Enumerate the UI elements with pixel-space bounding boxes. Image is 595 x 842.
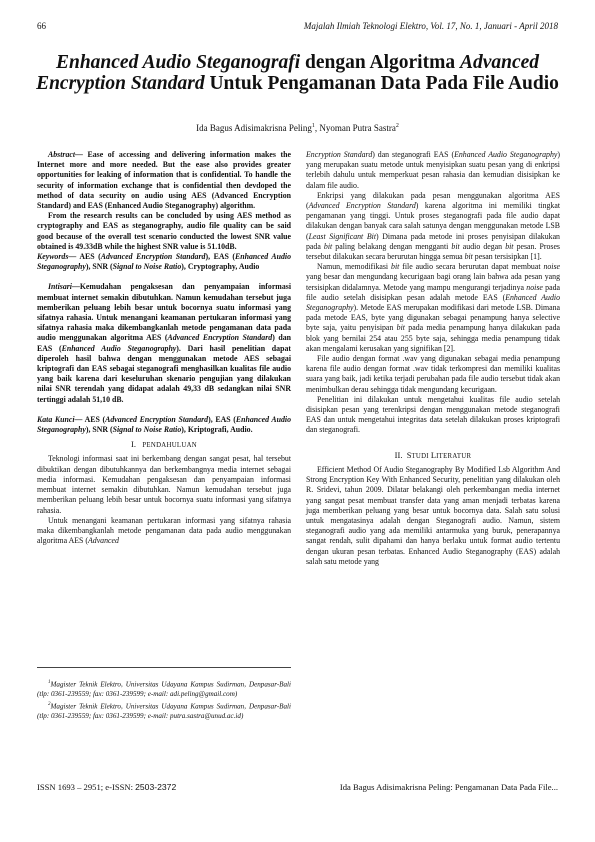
keywords: Keywords— AES (Advanced Encryption Stand…	[37, 252, 291, 272]
intisari-paragraph: Intisari—Kemudahan pengaksesan dan penya…	[37, 282, 291, 404]
text: ), SNR (	[86, 262, 113, 271]
text: paling belakang dengan mengganti	[332, 242, 451, 251]
section-title: STUDI LITERATUR	[407, 450, 472, 460]
text: bit	[451, 242, 459, 251]
page-number: 66	[37, 21, 46, 31]
issn-text: ISSN 1693 – 2951; e-ISSN:	[37, 782, 135, 792]
abstract-paragraph: From the research results can be conclud…	[37, 211, 291, 252]
text: Advanced Encryption Standard	[105, 415, 208, 424]
body-paragraph: File audio dengan format .wav yang digun…	[306, 354, 560, 395]
text: yang besar dan mengundang kecurigaan bag…	[306, 272, 560, 291]
text: bit	[397, 323, 405, 332]
spacer	[37, 405, 291, 415]
journal-header: Majalah Ilmiah Teknologi Elektro, Vol. 1…	[304, 21, 558, 31]
text: Advanced Encryption Standard	[309, 201, 416, 210]
body-paragraph: Enkripsi yang dilakukan pada pesan mengg…	[306, 191, 560, 262]
eissn-number: 2503-2372	[135, 782, 176, 792]
text: bit	[324, 242, 332, 251]
text: audio degan	[460, 242, 505, 251]
right-column: Encryption Standard) dan steganografi EA…	[306, 150, 560, 567]
text: Namun, memodifikasi	[317, 262, 391, 271]
text: ), Cryptography, Audio	[181, 262, 259, 271]
left-column: Abstract— Ease of accessing and deliveri…	[37, 150, 291, 546]
body-paragraph: Encryption Standard) dan steganografi EA…	[306, 150, 560, 191]
text: TUDI	[411, 453, 430, 460]
footnote-divider	[37, 667, 291, 668]
text: ), EAS (	[208, 415, 236, 424]
text: Least Significant Bit	[309, 232, 376, 241]
footnote-text: Magister Teknik Elektro, Universitas Uda…	[37, 680, 291, 698]
section-heading: I. PENDAHULUAN	[37, 439, 291, 451]
abstract-dash: —	[75, 150, 87, 159]
keywords-label: Keywords	[37, 252, 68, 261]
abstract-label: Abstract	[48, 150, 75, 159]
text: Advanced Encryption Standard	[168, 333, 273, 342]
text: ), SNR (	[86, 425, 113, 434]
title-part: dengan Algoritma	[300, 52, 460, 73]
text: Encryption Standard	[306, 150, 372, 159]
text: Signal to Noise Ratio	[113, 262, 182, 271]
spacer	[37, 272, 291, 282]
text: AES (	[79, 252, 100, 261]
section-number: II.	[395, 450, 403, 460]
text: ), EAS (	[205, 252, 235, 261]
text: Signal to Noise Ratio	[113, 425, 182, 434]
author-name: Nyoman Putra Sastra	[319, 123, 396, 133]
body-paragraph: Penelitian ini dilakukan untuk mengetahu…	[306, 395, 560, 436]
text: bit	[465, 252, 473, 261]
footnote-text: Magister Teknik Elektro, Universitas Uda…	[37, 702, 291, 720]
text: ) dan steganografi EAS (	[372, 150, 454, 159]
body-paragraph: Namun, memodifikasi bit file audio secar…	[306, 262, 560, 354]
text: ), Kriptografi, Audio.	[181, 425, 252, 434]
body-paragraph: Teknologi informasi saat ini berkembang …	[37, 454, 291, 515]
text: Enhanced Audio Steganography	[454, 150, 557, 159]
spacer	[306, 436, 560, 446]
section-heading: II. STUDI LITERATUR	[306, 450, 560, 462]
affiliation-marker: 2	[396, 123, 399, 129]
text: Enhanced Audio Steganography	[62, 344, 177, 353]
intisari-label: Intisari	[48, 282, 72, 291]
abstract-text: Ease of accessing and delivering informa…	[37, 150, 291, 210]
text: —	[75, 415, 85, 424]
text: pesan tersisipkan [1].	[473, 252, 542, 261]
section-number: I.	[131, 439, 136, 449]
text: file audio secara berurutan dapat membua…	[399, 262, 543, 271]
kata-kunci-label: Kata Kunci	[37, 415, 75, 424]
footer-issn: ISSN 1693 – 2951; e-ISSN: 2503-2372	[37, 782, 176, 792]
text: Advanced	[88, 536, 119, 545]
author-name: Ida Bagus Adisimakrisna Peling	[196, 123, 312, 133]
paper-title: Enhanced Audio Steganografi dengan Algor…	[30, 52, 565, 94]
kata-kunci: Kata Kunci— AES (Advanced Encryption Sta…	[37, 415, 291, 435]
text: Untuk menangani keamanan pertukaran info…	[37, 516, 291, 545]
text: —	[72, 282, 80, 291]
text: noise	[526, 283, 543, 292]
title-part: Untuk Pengamanan Data Pada File Audio	[205, 73, 559, 94]
text: ITERATUR	[436, 453, 471, 460]
body-paragraph: Untuk menangani keamanan pertukaran info…	[37, 516, 291, 547]
text: AES (	[85, 415, 106, 424]
text: noise	[543, 262, 560, 271]
text: Advanced Encryption Standard	[101, 252, 206, 261]
body-paragraph: Efficient Method Of Audio Steganography …	[306, 465, 560, 567]
author-list: Ida Bagus Adisimakrisna Peling1, Nyoman …	[30, 123, 565, 133]
footnotes: 1Magister Teknik Elektro, Universitas Ud…	[37, 678, 291, 721]
footnote: 2Magister Teknik Elektro, Universitas Ud…	[37, 700, 291, 722]
title-part: Enhanced Audio Steganografi	[56, 52, 300, 73]
footer-running-title: Ida Bagus Adisimakrisna Peling: Pengaman…	[340, 782, 558, 792]
footnote: 1Magister Teknik Elektro, Universitas Ud…	[37, 678, 291, 700]
abstract-paragraph: Abstract— Ease of accessing and deliveri…	[37, 150, 291, 211]
text: —	[68, 252, 79, 261]
section-title: PENDAHULUAN	[142, 442, 197, 449]
